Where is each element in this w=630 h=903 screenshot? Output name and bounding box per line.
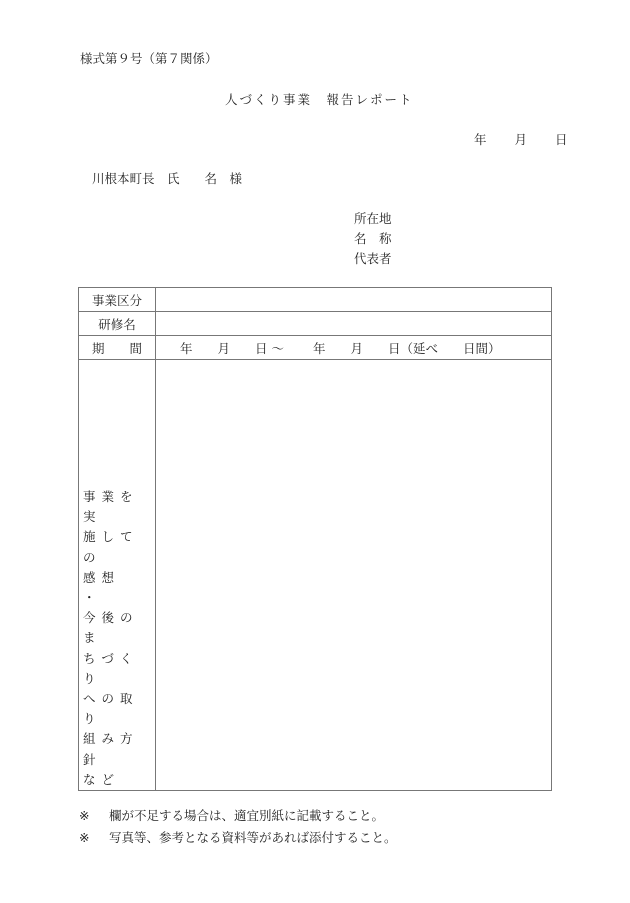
table-row: 事業を実 施しての 感想 ・ 今後のま ちづくり への取り 組み方針 など [79,360,552,791]
impressions-label-line: 今後のま [83,608,153,648]
business-category-label: 事業区分 [79,288,156,312]
table-row: 期 間 年 月 日 ～ 年 月 日（延べ 日間） [79,336,552,360]
notes: ※欄が不足する場合は、適宜別紙に記載すること。 ※写真等、参考となる資料等があれ… [79,805,397,849]
training-name-field[interactable] [156,312,552,336]
table-row: 研修名 [79,312,552,336]
addressee: 川根本町長 氏 名 様 [92,169,242,187]
impressions-label-line: 施しての [83,527,153,567]
report-table: 事業区分 研修名 期 間 年 月 日 ～ 年 月 日（延べ 日間） 事業を実 施… [78,287,552,791]
period-field[interactable]: 年 月 日 ～ 年 月 日（延べ 日間） [156,336,552,360]
note-mark: ※ [79,827,109,849]
training-name-label: 研修名 [79,312,156,336]
note-mark: ※ [79,805,109,827]
impressions-field[interactable] [156,360,552,791]
impressions-label-line: など [83,770,153,790]
note-item: ※欄が不足する場合は、適宜別紙に記載すること。 [79,805,397,827]
impressions-label-line: ちづくり [83,649,153,689]
sender-block: 所在地 名 称 代表者 [354,209,392,269]
form-number: 様式第９号（第７関係） [80,49,218,67]
note-text: 欄が不足する場合は、適宜別紙に記載すること。 [109,808,384,823]
period-label: 期 間 [79,336,156,360]
impressions-label-line: 感想 [83,568,153,588]
date-line: 年 月 日 [452,130,568,148]
impressions-label-line: 事業を実 [83,487,153,527]
table-row: 事業区分 [79,288,552,312]
business-category-field[interactable] [156,288,552,312]
date-month-label: 月 [515,130,528,148]
date-year-label: 年 [474,130,487,148]
impressions-label-line: ・ [83,588,153,608]
date-day-label: 日 [555,130,568,148]
impressions-label-line: への取り [83,689,153,729]
sender-name-label: 名 称 [354,229,392,249]
impressions-label: 事業を実 施しての 感想 ・ 今後のま ちづくり への取り 組み方針 など [79,360,156,791]
note-text: 写真等、参考となる資料等があれば添付すること。 [109,830,397,845]
document-title: 人づくり事業 報告レポート [225,90,414,108]
impressions-label-line: 組み方針 [83,729,153,769]
note-item: ※写真等、参考となる資料等があれば添付すること。 [79,827,397,849]
sender-address-label: 所在地 [354,209,392,229]
sender-representative-label: 代表者 [354,249,392,269]
